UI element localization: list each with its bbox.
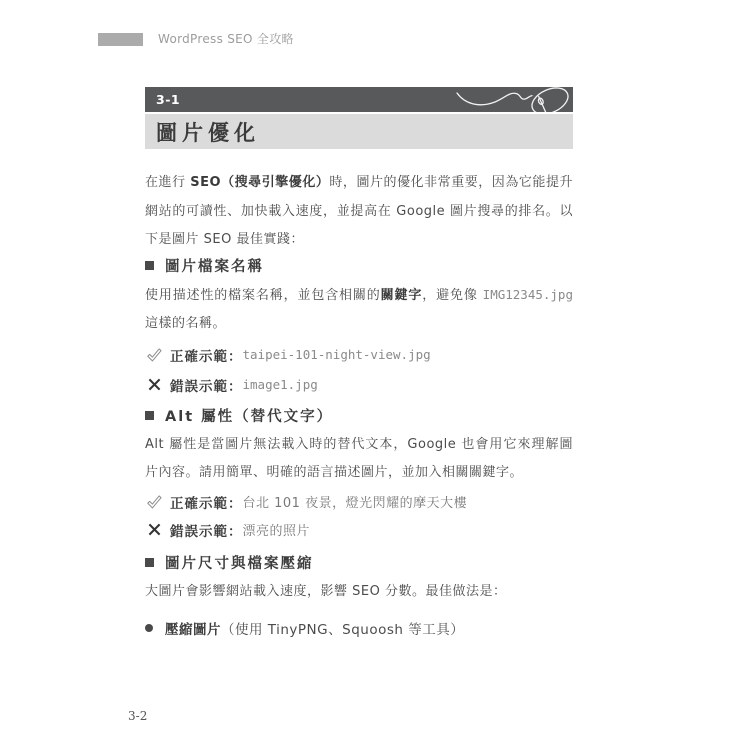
good-example-label: 正確示範：	[170, 345, 243, 365]
intro-text-pre: 在進行	[145, 175, 190, 190]
good-alt-value: 台北 101 夜景，燈光閃耀的摩天大樓	[243, 492, 468, 511]
good-example-label: 正確示範：	[170, 492, 243, 512]
heading-filename: 圖片檔案名稱	[145, 255, 573, 277]
x-icon	[145, 521, 163, 539]
running-header: WordPress SEO 全攻略	[0, 31, 750, 47]
example-bad-alt: 錯誤示範： 漂亮的照片	[145, 520, 573, 540]
good-filename-value: taipei-101-night-view.jpg	[243, 347, 431, 362]
bad-alt-value: 漂亮的照片	[243, 520, 311, 539]
size-paragraph: 大圖片會影響網站載入速度，影響 SEO 分數。最佳做法是：	[145, 578, 573, 607]
filename-bad-example-code: IMG12345.jpg	[483, 287, 573, 302]
check-icon	[145, 493, 163, 511]
header-swatch	[98, 33, 143, 46]
square-bullet-icon	[145, 261, 154, 270]
filename-text-mid: ，避免像	[422, 288, 482, 303]
heading-size-label: 圖片尺寸與檔案壓縮	[165, 552, 314, 573]
bad-example-label: 錯誤示範：	[170, 520, 243, 540]
example-bad-filename: 錯誤示範： image1.jpg	[145, 375, 573, 395]
filename-paragraph: 使用描述性的檔案名稱，並包含相關的關鍵字，避免像 IMG12345.jpg 這樣…	[145, 281, 573, 339]
book-title: WordPress SEO 全攻略	[158, 31, 294, 47]
section-title: 圖片優化	[156, 117, 260, 147]
dot-bullet-icon	[145, 624, 153, 632]
x-icon	[145, 376, 163, 394]
square-bullet-icon	[145, 558, 154, 567]
section-title-band: 圖片優化	[145, 114, 573, 149]
filename-text-post: 這樣的名稱。	[145, 316, 226, 331]
example-good-alt: 正確示範： 台北 101 夜景，燈光閃耀的摩天大樓	[145, 492, 573, 512]
intro-text-bold: SEO（搜尋引擎優化）	[190, 175, 329, 190]
filename-text-bold: 關鍵字	[381, 288, 423, 303]
mouse-icon	[455, 87, 573, 112]
square-bullet-icon	[145, 411, 154, 420]
page-number: 3-2	[128, 709, 147, 723]
bad-filename-value: image1.jpg	[243, 377, 318, 392]
check-icon	[145, 346, 163, 364]
example-good-filename: 正確示範： taipei-101-night-view.jpg	[145, 345, 573, 365]
content-column: 3-1 圖片優化 在進行 SEO（搜尋引擎優化）時，圖片的優化非常重要，因為它能…	[145, 87, 573, 638]
heading-filename-label: 圖片檔案名稱	[165, 255, 264, 276]
alt-paragraph: Alt 屬性是當圖片無法載入時的替代文本，Google 也會用它來理解圖片內容。…	[145, 431, 573, 488]
book-page: WordPress SEO 全攻略 3-1 圖片優化 在進行 SEO（搜尋引擎優…	[0, 0, 750, 750]
compress-item-rest: （使用 TinyPNG、Squoosh 等工具）	[221, 622, 464, 638]
filename-text-pre: 使用描述性的檔案名稱，並包含相關的	[145, 288, 381, 303]
compress-list-item: 壓縮圖片（使用 TinyPNG、Squoosh 等工具）	[145, 618, 573, 638]
compress-item-bold: 壓縮圖片	[165, 622, 221, 638]
heading-alt-label: Alt 屬性（替代文字）	[165, 405, 333, 426]
section-number-bar: 3-1	[145, 87, 573, 112]
bad-example-label: 錯誤示範：	[170, 375, 243, 395]
heading-size: 圖片尺寸與檔案壓縮	[145, 552, 573, 574]
section-number: 3-1	[156, 92, 180, 107]
intro-paragraph: 在進行 SEO（搜尋引擎優化）時，圖片的優化非常重要，因為它能提升網站的可讀性、…	[145, 169, 573, 255]
heading-alt: Alt 屬性（替代文字）	[145, 405, 573, 427]
